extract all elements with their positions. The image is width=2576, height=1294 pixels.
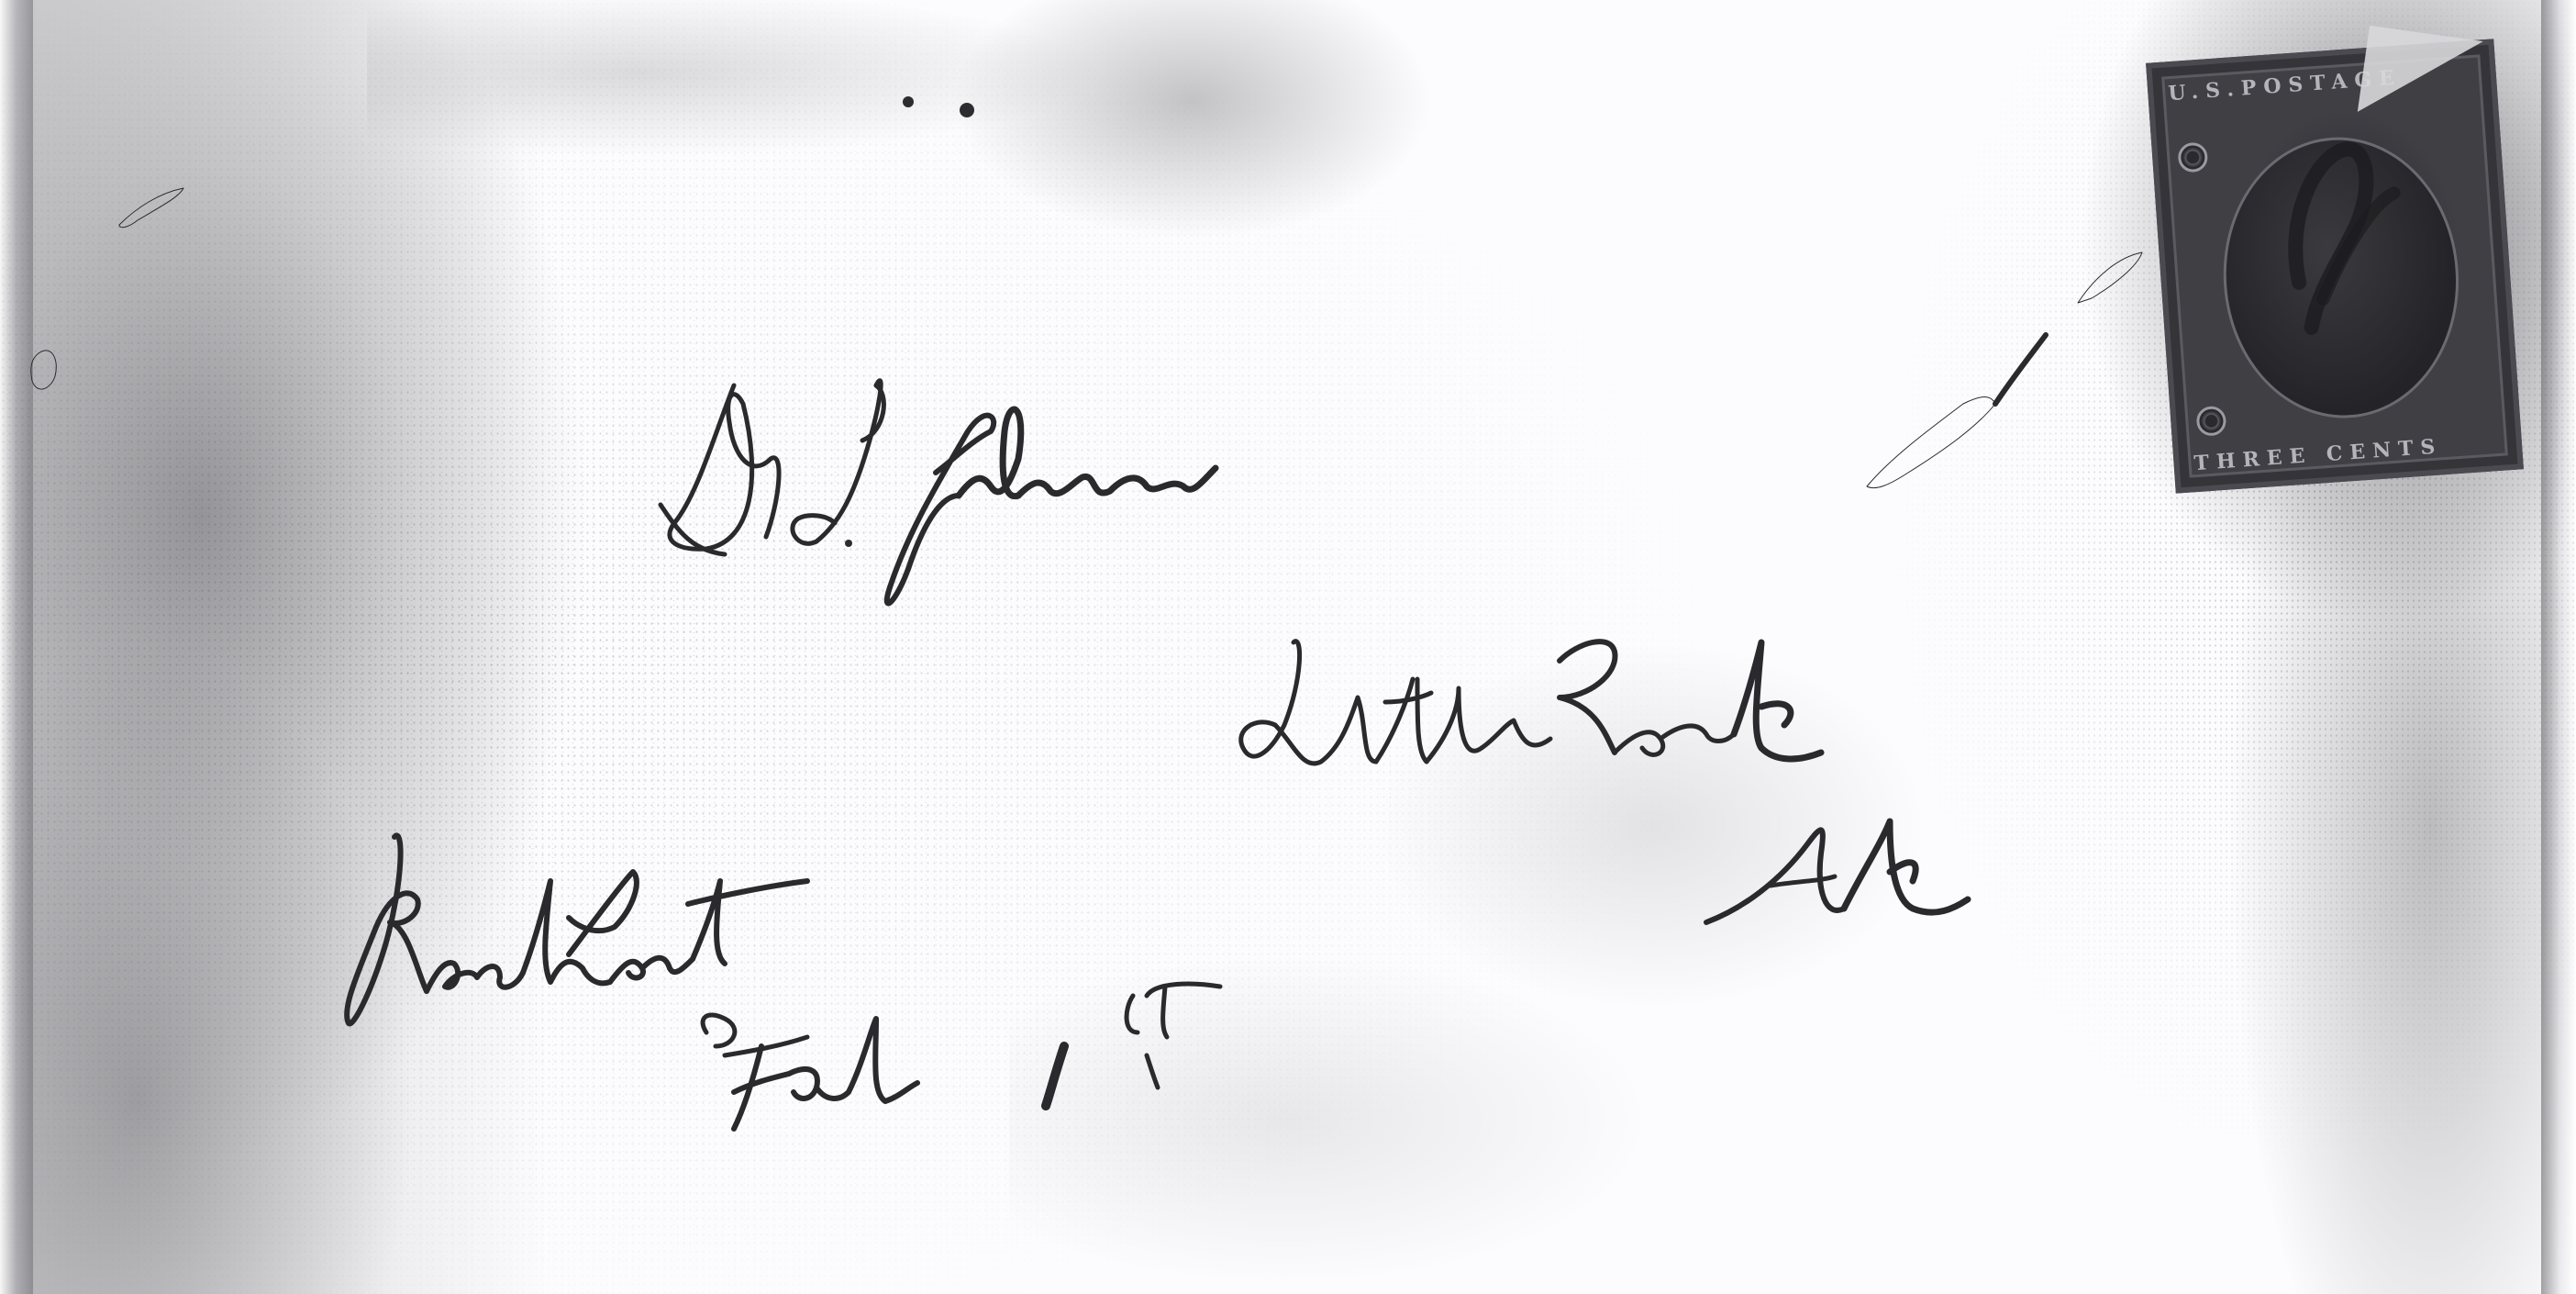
stray-ink-marks [31,96,974,389]
handwriting-flourish [1867,252,2142,488]
handwriting-little-rock [1241,641,1821,764]
handwriting-layer [0,0,2576,1294]
envelope-scan: U.S.POSTAGE THREE CENTS [0,0,2576,1294]
handwriting-ark [1706,821,1968,922]
handwriting-date [703,984,1220,1129]
handwriting-dr [661,385,779,554]
handwriting-rock-port [347,835,807,1023]
handwriting-initial [793,381,884,547]
handwriting-gibson [887,409,1216,603]
